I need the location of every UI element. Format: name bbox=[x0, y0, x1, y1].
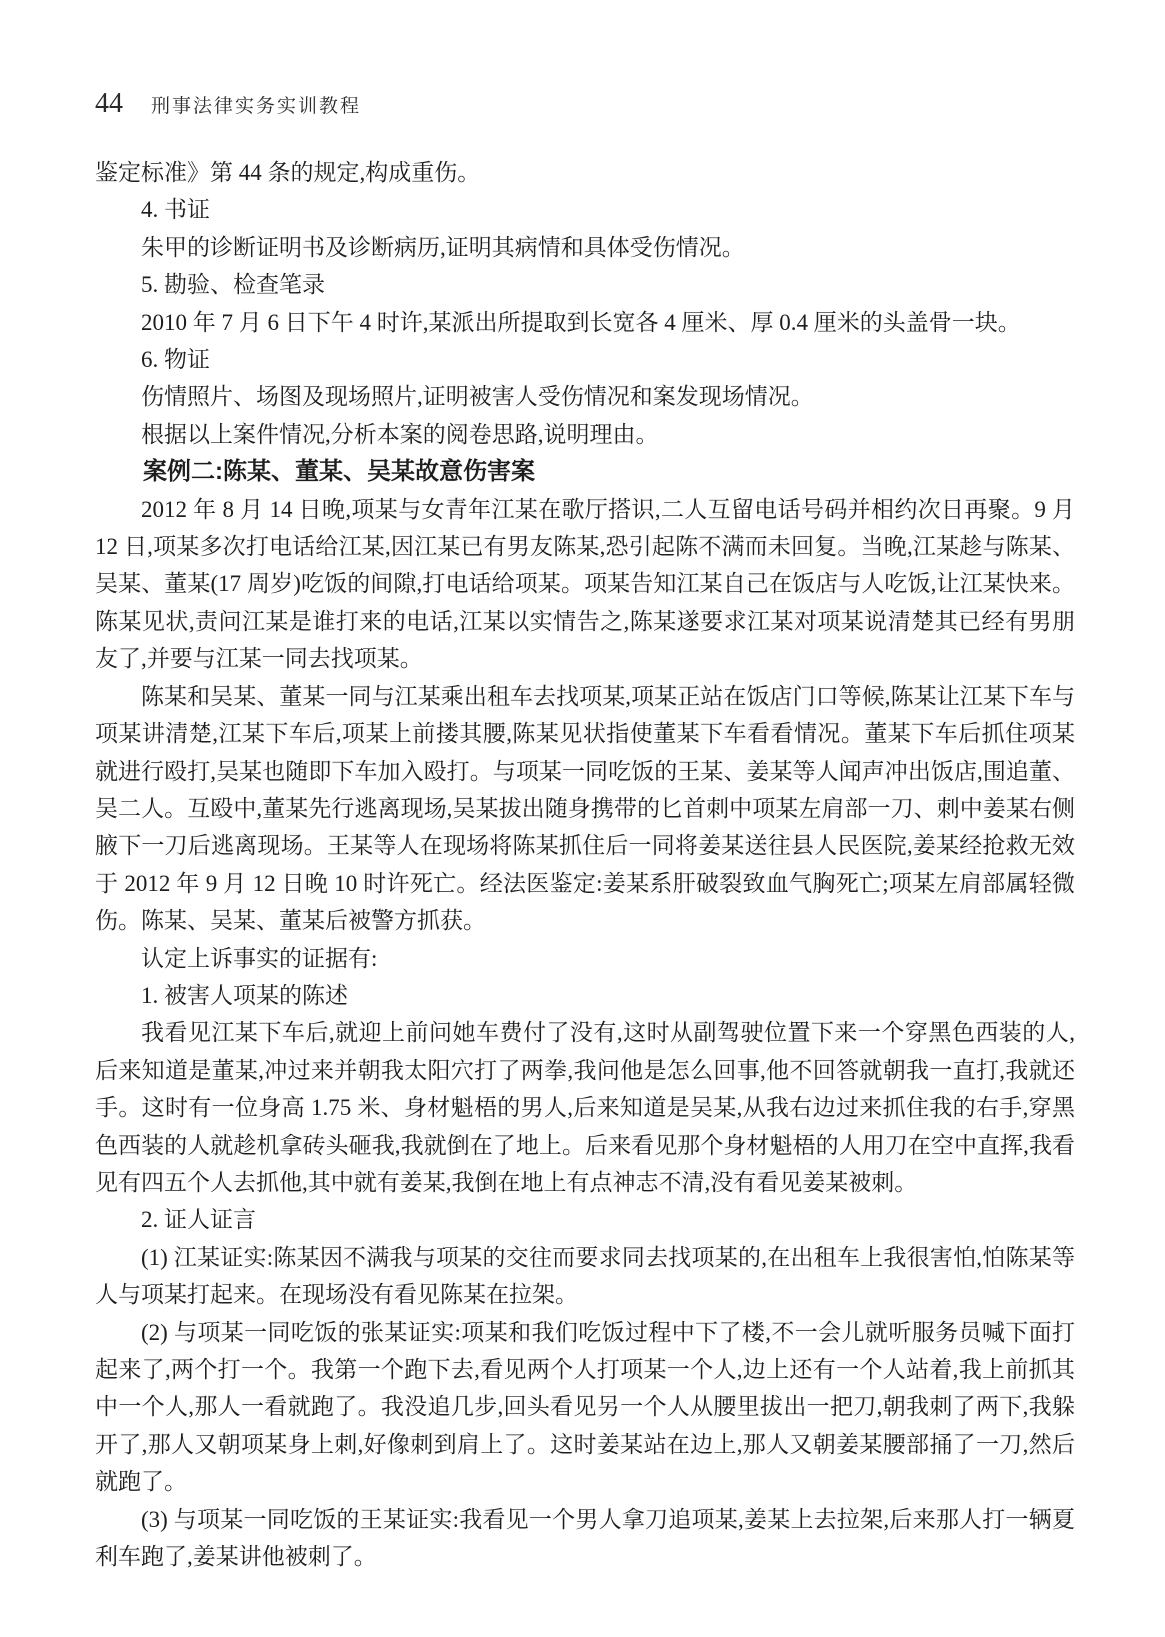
page-body: 鉴定标准》第 44 条的规定,构成重伤。4. 书证朱甲的诊断证明书及诊断病历,证… bbox=[95, 154, 1075, 1575]
numbered-item-heading: 6. 物证 bbox=[95, 341, 1075, 378]
paragraph: 陈某和吴某、董某一同与江某乘出租车去找项某,项某正站在饭店门口等候,陈某让江某下… bbox=[95, 678, 1075, 940]
paragraph: (1) 江某证实:陈某因不满我与项某的交往而要求同去找项某的,在出租车上我很害怕… bbox=[95, 1239, 1075, 1314]
paragraph: 伤情照片、场图及现场照片,证明被害人受伤情况和案发现场情况。 bbox=[95, 378, 1075, 415]
paragraph: 2010 年 7 月 6 日下午 4 时许,某派出所提取到长宽各 4 厘米、厚 … bbox=[95, 304, 1075, 341]
numbered-item-heading: 4. 书证 bbox=[95, 191, 1075, 228]
book-page: 44 刑事法律实务实训教程 鉴定标准》第 44 条的规定,构成重伤。4. 书证朱… bbox=[0, 0, 1165, 1637]
paragraph: 朱甲的诊断证明书及诊断病历,证明其病情和具体受伤情况。 bbox=[95, 229, 1075, 266]
page-number: 44 bbox=[95, 88, 123, 120]
numbered-item-heading: 2. 证人证言 bbox=[95, 1201, 1075, 1238]
numbered-item-heading: 1. 被害人项某的陈述 bbox=[95, 977, 1075, 1014]
paragraph: 我看见江某下车后,就迎上前问她车费付了没有,这时从副驾驶位置下来一个穿黑色西装的… bbox=[95, 1014, 1075, 1201]
paragraph: 根据以上案件情况,分析本案的阅卷思路,说明理由。 bbox=[95, 416, 1075, 453]
paragraph: (2) 与项某一同吃饭的张某证实:项某和我们吃饭过程中下了楼,不一会儿就听服务员… bbox=[95, 1314, 1075, 1501]
paragraph: 2012 年 8 月 14 日晚,项某与女青年江某在歌厅搭识,二人互留电话号码并… bbox=[95, 491, 1075, 678]
book-title: 刑事法律实务实训教程 bbox=[151, 91, 361, 118]
case-heading: 案例二:陈某、董某、吴某故意伤害案 bbox=[95, 453, 1075, 490]
paragraph: 认定上诉事实的证据有: bbox=[95, 940, 1075, 977]
paragraph-continuation: 鉴定标准》第 44 条的规定,构成重伤。 bbox=[95, 154, 1075, 191]
numbered-item-heading: 5. 勘验、检查笔录 bbox=[95, 266, 1075, 303]
paragraph: (3) 与项某一同吃饭的王某证实:我看见一个男人拿刀追项某,姜某上去拉架,后来那… bbox=[95, 1501, 1075, 1576]
running-header: 44 刑事法律实务实训教程 bbox=[95, 88, 1075, 120]
